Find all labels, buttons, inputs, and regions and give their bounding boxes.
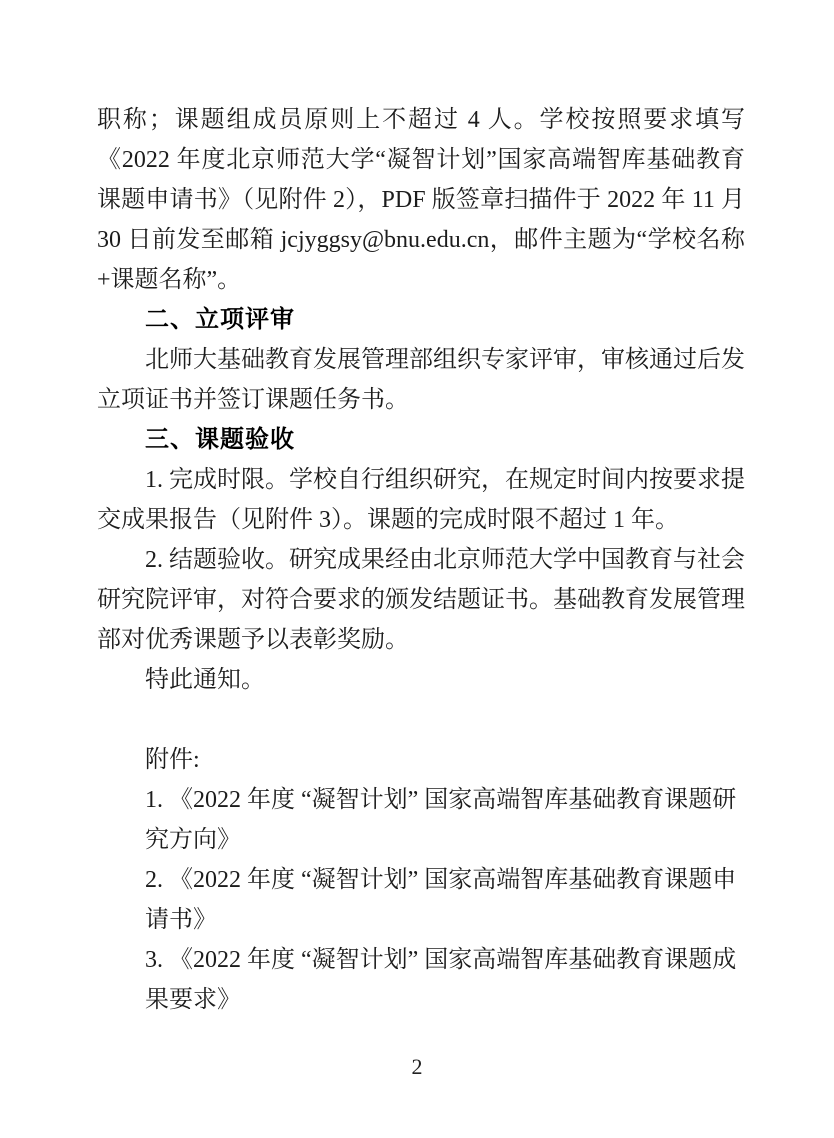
paragraph-continuation: 职称；课题组成员原则上不超过 4 人。学校按照要求填写《2022 年度北京师范大… bbox=[97, 100, 745, 300]
attachment-item-outcome-requirements: 3. 《2022 年度 “凝智计划” 国家高端智库基础教育课题成果要求》 bbox=[97, 940, 745, 1020]
paragraph-final-acceptance: 2. 结题验收。研究成果经由北京师范大学中国教育与社会研究院评审，对符合要求的颁… bbox=[97, 540, 745, 660]
blank-line bbox=[97, 700, 745, 740]
attachments-label: 附件: bbox=[97, 740, 745, 780]
paragraph-completion-deadline: 1. 完成时限。学校自行组织研究，在规定时间内按要求提交成果报告（见附件 3）。… bbox=[97, 460, 745, 540]
paragraph-notice-closing: 特此通知。 bbox=[97, 660, 745, 700]
document-page: 职称；课题组成员原则上不超过 4 人。学校按照要求填写《2022 年度北京师范大… bbox=[0, 0, 834, 1138]
attachment-item-application-form: 2. 《2022 年度 “凝智计划” 国家高端智库基础教育课题申请书》 bbox=[97, 860, 745, 940]
attachment-item-research-directions: 1. 《2022 年度 “凝智计划” 国家高端智库基础教育课题研究方向》 bbox=[97, 780, 745, 860]
document-content: 职称；课题组成员原则上不超过 4 人。学校按照要求填写《2022 年度北京师范大… bbox=[97, 100, 745, 1020]
heading-section-3-acceptance: 三、课题验收 bbox=[97, 420, 745, 460]
paragraph-review-process: 北师大基础教育发展管理部组织专家评审，审核通过后发立项证书并签订课题任务书。 bbox=[97, 340, 745, 420]
attachment-list: 1. 《2022 年度 “凝智计划” 国家高端智库基础教育课题研究方向》 2. … bbox=[97, 780, 745, 1020]
heading-section-2-review: 二、立项评审 bbox=[97, 300, 745, 340]
page-number: 2 bbox=[0, 1052, 834, 1082]
